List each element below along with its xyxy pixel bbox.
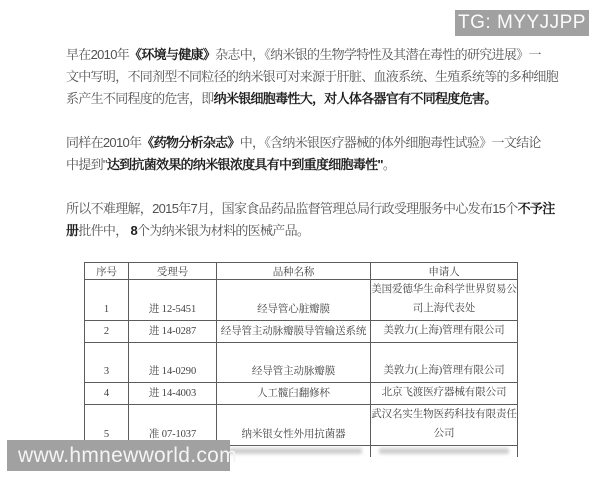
table-row-1: 1进 12-5451经导管心脏瓣膜美国爱德华生命科学世界贸易公司上海代表处 (85, 280, 518, 321)
cell-applicant: 北京飞渡医疗器械有限公司 (371, 383, 518, 405)
text-line: 同样在2010年《药物分析杂志》中，《含纳米银医疗器械的体外细胞毒性试验》一文结… (66, 132, 556, 154)
column-header: 序号 (85, 263, 129, 280)
text-line: 所以不难理解，2015年7月，国家食品药品监督管理总局行政受理服务中心发布15个… (66, 198, 556, 220)
table-row-4: 4进 14-4003人工髋臼翻修杯北京飞渡医疗器械有限公司 (85, 383, 518, 405)
cell-accept: 进 14-0290 (129, 343, 217, 383)
cutoff-cell (217, 446, 371, 457)
cell-accept: 进 14-4003 (129, 383, 217, 405)
table-row-3: 3进 14-0290经导管主动脉瓣膜美敦力(上海)管理有限公司 (85, 343, 518, 383)
cell-applicant: 美敦力(上海)管理有限公司 (371, 343, 518, 383)
cell-applicant: 美敦力(上海)管理有限公司 (371, 321, 518, 343)
cutoff-cell (371, 446, 518, 457)
cell-applicant: 武汉名实生物医药科技有限责任公司 (371, 405, 518, 446)
website-watermark: www.hmnewworld.com (7, 440, 230, 471)
cell-accept: 进 14-0287 (129, 321, 217, 343)
scan-blur-artifact (379, 448, 509, 454)
paragraph-2: 同样在2010年《药物分析杂志》中，《含纳米银医疗器械的体外细胞毒性试验》一文结… (66, 132, 556, 176)
paragraph-3: 所以不难理解，2015年7月，国家食品药品监督管理总局行政受理服务中心发布15个… (66, 198, 556, 242)
column-header: 申请人 (371, 263, 518, 280)
table-container: 序号受理号品种名称申请人 1进 12-5451经导管心脏瓣膜美国爱德华生命科学世… (84, 262, 518, 457)
cell-product: 纳米银女性外用抗菌器 (217, 405, 371, 446)
cell-product: 经导管主动脉瓣膜 (217, 343, 371, 383)
cell-no: 1 (85, 280, 129, 321)
cell-product: 经导管主动脉瓣膜导管输送系统 (217, 321, 371, 343)
rejected-registrations-table: 序号受理号品种名称申请人 1进 12-5451经导管心脏瓣膜美国爱德华生命科学世… (84, 262, 518, 457)
paragraph-1: 早在2010年《环境与健康》杂志中，《纳米银的生物学特性及其潜在毒性的研究进展》… (66, 44, 556, 110)
cell-no: 4 (85, 383, 129, 405)
text-line: 文中写明，不同剂型不同粒径的纳米银可对来源于肝脏、血液系统、生殖系统等的多种细胞 (66, 66, 556, 88)
cell-product: 经导管心脏瓣膜 (217, 280, 371, 321)
cell-no: 3 (85, 343, 129, 383)
table-body: 1进 12-5451经导管心脏瓣膜美国爱德华生命科学世界贸易公司上海代表处2进 … (85, 280, 518, 446)
page: TG: MYYJJPP 早在2010年《环境与健康》杂志中，《纳米银的生物学特性… (0, 0, 600, 480)
cell-applicant: 美国爱德华生命科学世界贸易公司上海代表处 (371, 280, 518, 321)
text-line: 早在2010年《环境与健康》杂志中，《纳米银的生物学特性及其潜在毒性的研究进展》… (66, 44, 556, 66)
column-header: 品种名称 (217, 263, 371, 280)
text-line: 系产生不同程度的危害，即纳米银细胞毒性大，对人体各器官有不同程度危害。 (66, 88, 556, 110)
article-body: 早在2010年《环境与健康》杂志中，《纳米银的生物学特性及其潜在毒性的研究进展》… (66, 44, 556, 264)
table-row-2: 2进 14-0287经导管主动脉瓣膜导管输送系统美敦力(上海)管理有限公司 (85, 321, 518, 343)
scan-blur-artifact (225, 448, 362, 454)
cell-accept: 进 12-5451 (129, 280, 217, 321)
cell-no: 2 (85, 321, 129, 343)
column-header: 受理号 (129, 263, 217, 280)
telegram-watermark: TG: MYYJJPP (455, 10, 589, 36)
cell-product: 人工髋臼翻修杯 (217, 383, 371, 405)
table-header-row: 序号受理号品种名称申请人 (85, 263, 518, 280)
text-line: 册批件中， 8个为纳米银为材料的医械产品。 (66, 220, 556, 242)
text-line: 中提到"达到抗菌效果的纳米银浓度具有中到重度细胞毒性"。 (66, 154, 556, 176)
